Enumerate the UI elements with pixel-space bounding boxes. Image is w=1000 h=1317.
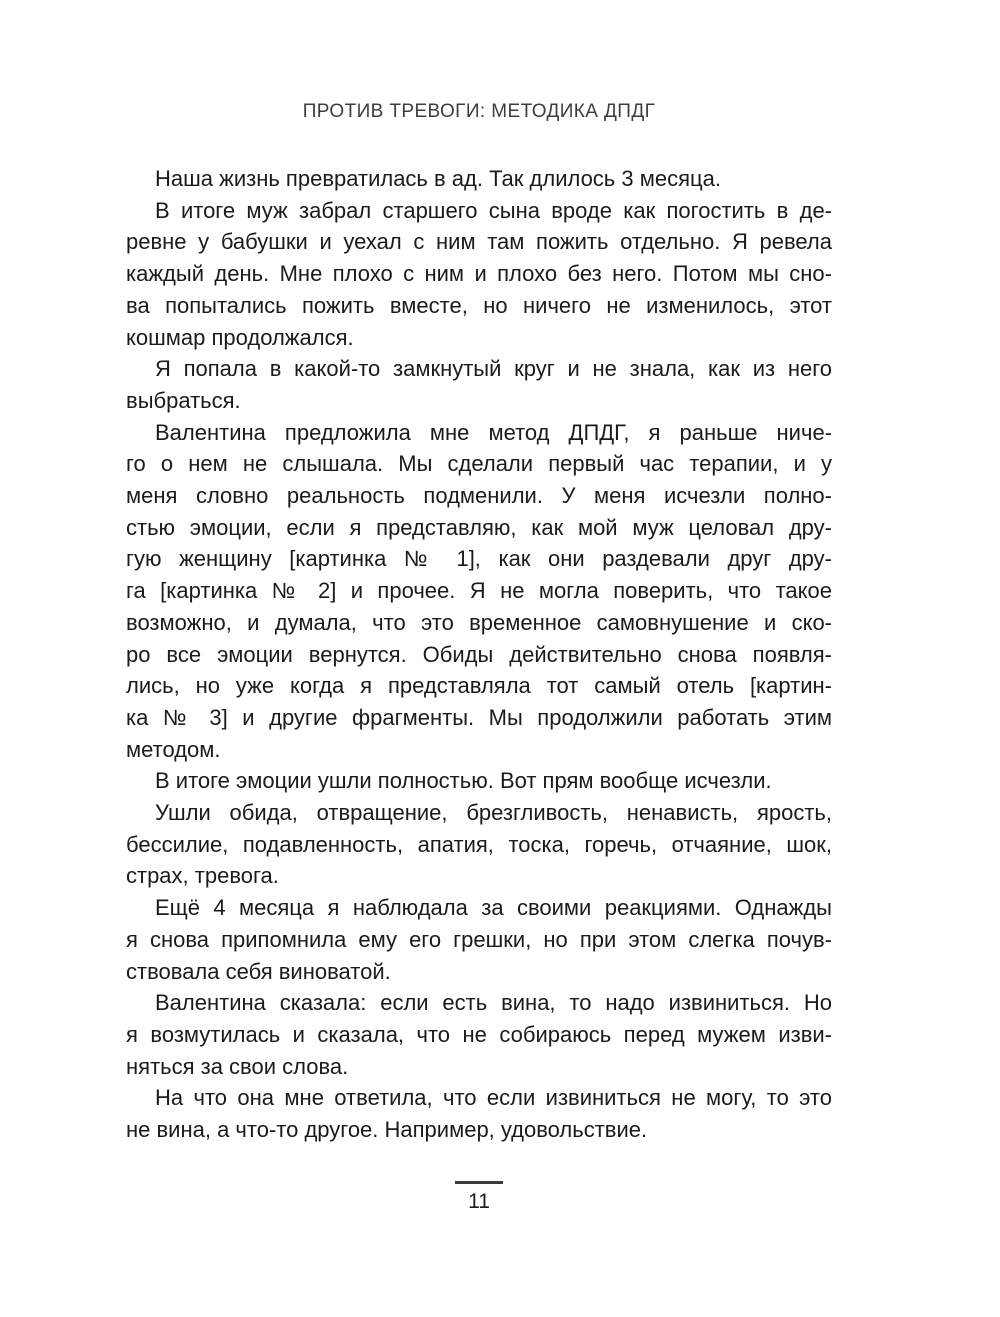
- text-line: страх, тревога.: [126, 860, 832, 892]
- text-line: я возмутилась и сказала, что не собираюс…: [126, 1019, 832, 1051]
- text-line: стью эмоции, если я представляю, как мой…: [126, 512, 832, 544]
- text-line: На что она мне ответила, что если извини…: [126, 1082, 832, 1114]
- text-line: лись, но уже когда я представляла тот са…: [126, 670, 832, 702]
- book-page: ПРОТИВ ТРЕВОГИ: МЕТОДИКА ДПДГ Наша жизнь…: [0, 0, 1000, 1317]
- page-number: 11: [126, 1190, 832, 1214]
- text-line: Ещё 4 месяца я наблюдала за своими реакц…: [126, 892, 832, 924]
- text-line: ва попытались пожить вместе, но ничего н…: [126, 290, 832, 322]
- text-line: га [картинка № 2] и прочее. Я не могла п…: [126, 575, 832, 607]
- text-line: ревне у бабушки и уехал с ним там пожить…: [126, 226, 832, 258]
- text-line: Наша жизнь превратилась в ад. Так длилос…: [126, 163, 832, 195]
- text-line: ствовала себя виноватой.: [126, 956, 832, 988]
- body-text: Наша жизнь превратилась в ад. Так длилос…: [126, 163, 832, 1146]
- text-line: го о нем не слышала. Мы сделали первый ч…: [126, 448, 832, 480]
- text-line: няться за свои слова.: [126, 1051, 832, 1083]
- footer-rule: [455, 1181, 503, 1184]
- text-line: Валентина сказала: если есть вина, то на…: [126, 987, 832, 1019]
- text-line: Валентина предложила мне метод ДПДГ, я р…: [126, 417, 832, 449]
- text-line: я снова припомнила ему его грешки, но пр…: [126, 924, 832, 956]
- text-line: В итоге муж забрал старшего сына вроде к…: [126, 195, 832, 227]
- text-line: бессилие, подавленность, апатия, тоска, …: [126, 829, 832, 861]
- text-line: выбраться.: [126, 385, 832, 417]
- text-line: возможно, и думала, что это временное са…: [126, 607, 832, 639]
- text-line: ка № 3] и другие фрагменты. Мы продолжил…: [126, 702, 832, 734]
- text-line: меня словно реальность подменили. У меня…: [126, 480, 832, 512]
- running-head: ПРОТИВ ТРЕВОГИ: МЕТОДИКА ДПДГ: [126, 100, 832, 124]
- text-line: не вина, а что-то другое. Например, удов…: [126, 1114, 832, 1146]
- text-line: гую женщину [картинка № 1], как они разд…: [126, 543, 832, 575]
- text-line: кошмар продолжался.: [126, 322, 832, 354]
- text-line: Ушли обида, отвращение, брезгливость, не…: [126, 797, 832, 829]
- text-line: методом.: [126, 734, 832, 766]
- text-line: ро все эмоции вернутся. Обиды действител…: [126, 639, 832, 671]
- text-line: В итоге эмоции ушли полностью. Вот прям …: [126, 765, 832, 797]
- text-line: каждый день. Мне плохо с ним и плохо без…: [126, 258, 832, 290]
- text-line: Я попала в какой-то замкнутый круг и не …: [126, 353, 832, 385]
